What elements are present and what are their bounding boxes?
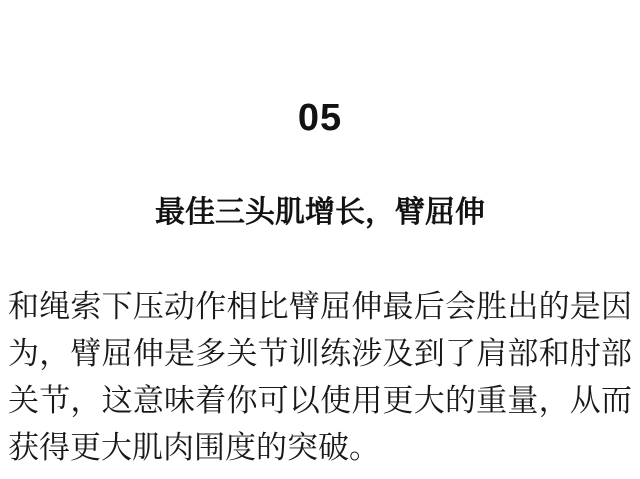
article-page: 05 最佳三头肌增长，臂屈伸 和绳索下压动作相比臂屈伸最后会胜出的是因为，臂屈伸… <box>0 0 640 479</box>
section-number: 05 <box>0 0 640 138</box>
section-title: 最佳三头肌增长，臂屈伸 <box>0 194 640 231</box>
body-paragraph: 和绳索下压动作相比臂屈伸最后会胜出的是因为，臂屈伸是多关节训练涉及到了肩部和肘部… <box>0 283 640 471</box>
